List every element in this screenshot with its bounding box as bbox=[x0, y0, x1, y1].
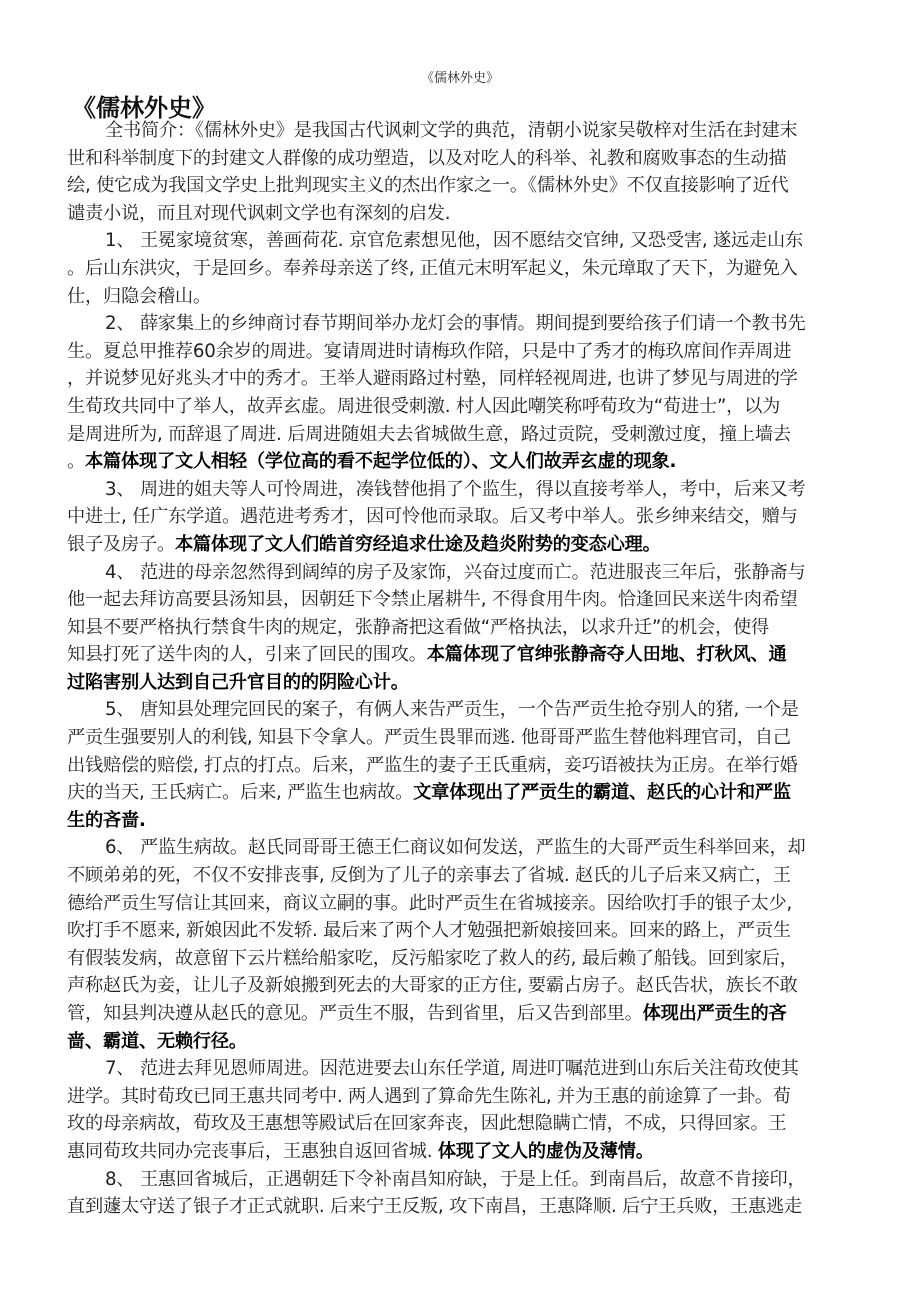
line-text: 。后山东洪灾，于是回乡。奉养母亲送了终, 正值元末明军起义，朱元璋取了天下，为避… bbox=[67, 258, 798, 279]
running-header: 《儒林外史》 bbox=[0, 67, 920, 86]
summary-highlight: 本篇体现了文人相轻（学位高的看不起学位低的）、文人们故弄玄虚的现象. bbox=[85, 451, 676, 472]
text-line: 玫的母亲病故，荀玫及王惠想等殿试后在回家奔丧，因此想隐瞒亡情，不成，只得回家。王 bbox=[67, 1110, 857, 1138]
text-line: 知县不要严格执行禁食牛肉的规定，张静斋把这看做“严格执法，以求升迁”的机会，使得 bbox=[67, 614, 857, 642]
line-text: 不顾弟弟的死，不仅不安排丧事, 反倒为了儿子的亲事去了省城. 赵氏的儿子后来又病… bbox=[67, 865, 791, 886]
line-text: 生。夏总甲推荐60余岁的周进。宴请周进时请梅玖作陪，只是中了秀才的梅玖席间作弄周… bbox=[67, 341, 791, 362]
text-line: 。本篇体现了文人相轻（学位高的看不起学位低的）、文人们故弄玄虚的现象. bbox=[67, 448, 857, 476]
text-line: 管，知县判决遵从赵氏的意见。严贡生不服，告到省里，后又告到部里。体现出严贡生的吝 bbox=[67, 1000, 857, 1028]
line-text: 8、 王惠回省城后，正遇朝廷下令补南昌知府缺，于是上任。到南昌后，故意不肯接印， bbox=[105, 1169, 805, 1190]
line-text: 银子及房子。 bbox=[67, 534, 175, 555]
line-text: 他一起去拜访高要县汤知县，因朝廷下令禁止屠耕牛, 不得食用牛肉。恰逢回民来送牛肉… bbox=[67, 589, 798, 610]
text-line: 进学。其时荀玫已同王惠共同考中. 两人遇到了算命先生陈礼, 并为王惠的前途算了一… bbox=[67, 1083, 857, 1111]
paragraph-chapter-3: 3、 周进的姐夫等人可怜周进，凑钱替他捐了个监生，得以直接考举人，考中，后来又考… bbox=[67, 476, 857, 559]
text-line: ，并说梦见好兆头才中的秀才。王举人避雨路过村塾，同样轻视周进, 也讲了梦见与周进… bbox=[67, 365, 857, 393]
line-text: 知县不要严格执行禁食牛肉的规定，张静斋把这看做“严格执法，以求升迁”的机会，使得 bbox=[67, 617, 769, 638]
line-text: 5、 唐知县处理完回民的案子，有俩人来告严贡生，一个告严贡生抢夺别人的猪, 一个… bbox=[105, 699, 799, 720]
text-line: 2、 薛家集上的乡绅商讨春节期间举办龙灯会的事情。期间提到要给孩子们请一个教书先 bbox=[67, 310, 857, 338]
text-line: 惠同荀玫共同办完丧事后，王惠独自返回省城. 体现了文人的虚伪及薄情。 bbox=[67, 1138, 857, 1166]
line-text: 管，知县判决遵从赵氏的意见。严贡生不服，告到省里，后又告到部里。 bbox=[67, 1003, 643, 1024]
line-text: 中进士, 任广东学道。遇范进考秀才，因可怜他而录取。后又考中举人。张乡绅来结交，… bbox=[67, 506, 798, 527]
line-text: 生荀玫共同中了举人，故弄玄虚。周进很受刺激. 村人因此嘲笑称呼荀玫为“荀进士”，… bbox=[67, 396, 780, 417]
text-line: 7、 范进去拜见恩师周进。因范进要去山东任学道, 周进叮嘱范进到山东后关注荀玫使… bbox=[67, 1055, 857, 1083]
text-line: 声称赵氏为妾，让儿子及新娘搬到死去的大哥家的正方住, 要霸占房子。赵氏告状，族长… bbox=[67, 972, 857, 1000]
line-text: 世和科举制度下的封建文人群像的成功塑造，以及对吃人的科举、礼教和腐败事态的生动描 bbox=[67, 148, 787, 169]
line-text: 吹打手不愿来, 新娘因此不发轿. 最后来了两个人才勉强把新娘接回来。回来的路上，… bbox=[67, 920, 791, 941]
summary-highlight: 啬、霸道、无赖行径。 bbox=[67, 1031, 247, 1052]
line-text: 知县打死了送牛肉的人，引来了回民的围攻。 bbox=[67, 644, 427, 665]
line-text: 7、 范进去拜见恩师周进。因范进要去山东任学道, 周进叮嘱范进到山东后关注荀玫使… bbox=[105, 1058, 799, 1079]
line-text: 2、 薛家集上的乡绅商讨春节期间举办龙灯会的事情。期间提到要给孩子们请一个教书先 bbox=[105, 313, 805, 334]
text-line: 1、 王冕家境贫寒，善画荷花. 京官危素想见他，因不愿结交官绅, 又恐受害, 遂… bbox=[67, 227, 857, 255]
line-text: 进学。其时荀玫已同王惠共同考中. 两人遇到了算命先生陈礼, 并为王惠的前途算了一… bbox=[67, 1086, 791, 1107]
text-line: 不顾弟弟的死，不仅不安排丧事, 反倒为了儿子的亲事去了省城. 赵氏的儿子后来又病… bbox=[67, 862, 857, 890]
text-line: 吹打手不愿来, 新娘因此不发轿. 最后来了两个人才勉强把新娘接回来。回来的路上，… bbox=[67, 917, 857, 945]
line-text: 严贡生强要别人的利钱, 知县下令拿人。严贡生畏罪而逃. 他哥哥严监生替他料理官司… bbox=[67, 727, 791, 748]
text-line: 生。夏总甲推荐60余岁的周进。宴请周进时请梅玖作陪，只是中了秀才的梅玖席间作弄周… bbox=[67, 338, 857, 366]
summary-highlight: 生的吝啬. bbox=[67, 810, 146, 831]
line-text: ，并说梦见好兆头才中的秀才。王举人避雨路过村塾，同样轻视周进, 也讲了梦见与周进… bbox=[67, 368, 798, 389]
text-line: 8、 王惠回省城后，正遇朝廷下令补南昌知府缺，于是上任。到南昌后，故意不肯接印， bbox=[67, 1166, 857, 1194]
text-line: 直到蘧太守送了银子才正式就职. 后来宁王反叛, 攻下南昌，王惠降顺. 后宁王兵败… bbox=[67, 1193, 857, 1221]
line-text: 全书简介：《儒林外史》是我国古代讽刺文学的典范，清朝小说家吴敬梓对生活在封建末 bbox=[105, 120, 797, 141]
text-line: 中进士, 任广东学道。遇范进考秀才，因可怜他而录取。后又考中举人。张乡绅来结交，… bbox=[67, 503, 857, 531]
line-text: 声称赵氏为妾，让儿子及新娘搬到死去的大哥家的正方住, 要霸占房子。赵氏告状，族长… bbox=[67, 975, 798, 996]
text-line: 庆的当天, 王氏病亡。后来, 严监生也病故。文章体现出了严贡生的霸道、赵氏的心计… bbox=[67, 779, 857, 807]
text-line: 生荀玫共同中了举人，故弄玄虚。周进很受刺激. 村人因此嘲笑称呼荀玫为“荀进士”，… bbox=[67, 393, 857, 421]
paragraph-chapter-7: 7、 范进去拜见恩师周进。因范进要去山东任学道, 周进叮嘱范进到山东后关注荀玫使… bbox=[67, 1055, 857, 1165]
paragraph-chapter-2: 2、 薛家集上的乡绅商讨春节期间举办龙灯会的事情。期间提到要给孩子们请一个教书先… bbox=[67, 310, 857, 476]
line-text: 3、 周进的姐夫等人可怜周进，凑钱替他捐了个监生，得以直接考举人，考中，后来又考 bbox=[105, 479, 805, 500]
line-text: 4、 范进的母亲忽然得到阔绰的房子及家饰，兴奋过度而亡。范进服丧三年后，张静斋与 bbox=[105, 562, 805, 583]
text-line: 世和科举制度下的封建文人群像的成功塑造，以及对吃人的科举、礼教和腐败事态的生动描 bbox=[67, 145, 857, 173]
text-line: 有假装发病，故意留下云片糕给船家吃，反污船家吃了救人的药, 最后赖了船钱。回到家… bbox=[67, 945, 857, 973]
text-line: 4、 范进的母亲忽然得到阔绰的房子及家饰，兴奋过度而亡。范进服丧三年后，张静斋与 bbox=[67, 559, 857, 587]
paragraph-chapter-4: 4、 范进的母亲忽然得到阔绰的房子及家饰，兴奋过度而亡。范进服丧三年后，张静斋与… bbox=[67, 559, 857, 697]
line-text: 出钱赔偿的赔偿, 打点的打点。后来，严监生的妻子王氏重病，妾巧语被扶为正房。在举… bbox=[67, 755, 798, 776]
line-text: 玫的母亲病故，荀玫及王惠想等殿试后在回家奔丧，因此想隐瞒亡情，不成，只得回家。王 bbox=[67, 1113, 787, 1134]
summary-highlight: 体现出严贡生的吝 bbox=[643, 1003, 787, 1024]
text-line: 。后山东洪灾，于是回乡。奉养母亲送了终, 正值元末明军起义，朱元璋取了天下，为避… bbox=[67, 255, 857, 283]
line-text: 是周进所为, 而辞退了周进. 后周进随姐夫去省城做生意，路过贡院，受刺激过度，撞… bbox=[67, 424, 791, 445]
text-line: 过陷害别人达到自己升官目的的阴险心计。 bbox=[67, 669, 857, 697]
line-text: 庆的当天, 王氏病亡。后来, 严监生也病故。 bbox=[67, 782, 413, 803]
text-line: 德给严贡生写信让其回来，商议立嗣的事。此时严贡生在省城接亲。因给吹打手的银子太少… bbox=[67, 890, 857, 918]
summary-highlight: 本篇体现了官绅张静斋夺人田地、打秋风、通 bbox=[427, 644, 787, 665]
line-text: 有假装发病，故意留下云片糕给船家吃，反污船家吃了救人的药, 最后赖了船钱。回到家… bbox=[67, 948, 798, 969]
text-line: 全书简介：《儒林外史》是我国古代讽刺文学的典范，清朝小说家吴敬梓对生活在封建末 bbox=[67, 117, 857, 145]
summary-highlight: 本篇体现了文人们皓首穷经追求仕途及趋炎附势的变态心理。 bbox=[175, 534, 661, 555]
line-text: 6、 严监生病故。赵氏同哥哥王德王仁商议如何发送，严监生的大哥严贡生科举回来，却 bbox=[105, 837, 805, 858]
paragraph-chapter-1: 1、 王冕家境贫寒，善画荷花. 京官危素想见他，因不愿结交官绅, 又恐受害, 遂… bbox=[67, 227, 857, 310]
line-text: 绘, 使它成为我国文学史上批判现实主义的杰出作家之一。《儒林外史》不仅直接影响了… bbox=[67, 175, 789, 196]
text-line: 出钱赔偿的赔偿, 打点的打点。后来，严监生的妻子王氏重病，妾巧语被扶为正房。在举… bbox=[67, 752, 857, 780]
text-line: 是周进所为, 而辞退了周进. 后周进随姐夫去省城做生意，路过贡院，受刺激过度，撞… bbox=[67, 421, 857, 449]
line-text: 1、 王冕家境贫寒，善画荷花. 京官危素想见他，因不愿结交官绅, 又恐受害, 遂… bbox=[105, 230, 803, 251]
document-body: 全书简介：《儒林外史》是我国古代讽刺文学的典范，清朝小说家吴敬梓对生活在封建末世… bbox=[67, 117, 857, 1221]
text-line: 6、 严监生病故。赵氏同哥哥王德王仁商议如何发送，严监生的大哥严贡生科举回来，却 bbox=[67, 834, 857, 862]
line-text: 惠同荀玫共同办完丧事后，王惠独自返回省城. bbox=[67, 1141, 438, 1162]
text-line: 他一起去拜访高要县汤知县，因朝廷下令禁止屠耕牛, 不得食用牛肉。恰逢回民来送牛肉… bbox=[67, 586, 857, 614]
summary-highlight: 过陷害别人达到自己升官目的的阴险心计。 bbox=[67, 672, 409, 693]
line-text: 。 bbox=[67, 451, 85, 472]
text-line: 银子及房子。本篇体现了文人们皓首穷经追求仕途及趋炎附势的变态心理。 bbox=[67, 531, 857, 559]
paragraph-chapter-6: 6、 严监生病故。赵氏同哥哥王德王仁商议如何发送，严监生的大哥严贡生科举回来，却… bbox=[67, 834, 857, 1055]
text-line: 严贡生强要别人的利钱, 知县下令拿人。严贡生畏罪而逃. 他哥哥严监生替他料理官司… bbox=[67, 724, 857, 752]
text-line: 啬、霸道、无赖行径。 bbox=[67, 1028, 857, 1056]
text-line: 3、 周进的姐夫等人可怜周进，凑钱替他捐了个监生，得以直接考举人，考中，后来又考 bbox=[67, 476, 857, 504]
summary-highlight: 体现了文人的虚伪及薄情。 bbox=[438, 1141, 654, 1162]
text-line: 谴责小说，而且对现代讽刺文学也有深刻的启发. bbox=[67, 200, 857, 228]
line-text: 仕，归隐会稽山。 bbox=[67, 286, 211, 307]
line-text: 德给严贡生写信让其回来，商议立嗣的事。此时严贡生在省城接亲。因给吹打手的银子太少… bbox=[67, 893, 792, 914]
line-text: 谴责小说，而且对现代讽刺文学也有深刻的启发. bbox=[67, 203, 450, 224]
text-line: 生的吝啬. bbox=[67, 807, 857, 835]
text-line: 知县打死了送牛肉的人，引来了回民的围攻。本篇体现了官绅张静斋夺人田地、打秋风、通 bbox=[67, 641, 857, 669]
paragraph-intro: 全书简介：《儒林外史》是我国古代讽刺文学的典范，清朝小说家吴敬梓对生活在封建末世… bbox=[67, 117, 857, 227]
paragraph-chapter-5: 5、 唐知县处理完回民的案子，有俩人来告严贡生，一个告严贡生抢夺别人的猪, 一个… bbox=[67, 696, 857, 834]
text-line: 仕，归隐会稽山。 bbox=[67, 283, 857, 311]
text-line: 5、 唐知县处理完回民的案子，有俩人来告严贡生，一个告严贡生抢夺别人的猪, 一个… bbox=[67, 696, 857, 724]
text-line: 绘, 使它成为我国文学史上批判现实主义的杰出作家之一。《儒林外史》不仅直接影响了… bbox=[67, 172, 857, 200]
paragraph-chapter-8: 8、 王惠回省城后，正遇朝廷下令补南昌知府缺，于是上任。到南昌后，故意不肯接印，… bbox=[67, 1166, 857, 1221]
line-text: 直到蘧太守送了银子才正式就职. 后来宁王反叛, 攻下南昌，王惠降顺. 后宁王兵败… bbox=[67, 1196, 802, 1217]
summary-highlight: 文章体现出了严贡生的霸道、赵氏的心计和严监 bbox=[413, 782, 791, 803]
